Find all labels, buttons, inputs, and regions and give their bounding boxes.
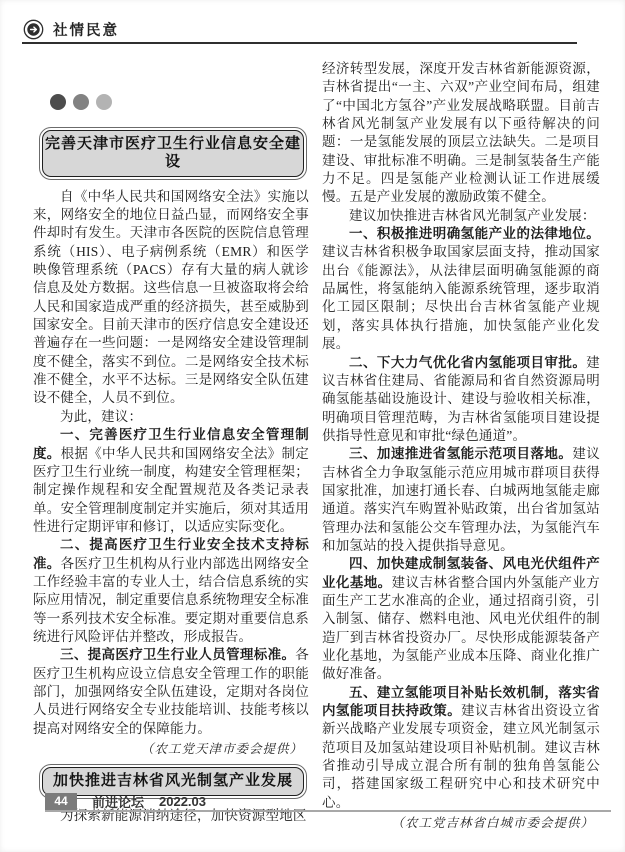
page-footer: 44 前进论坛 2022.03 bbox=[45, 792, 206, 811]
recommendation-body: 建议吉林省出资设立省新兴战略产业发展专项资金，建立风光制氢示范项目及加氢站建设项… bbox=[322, 703, 600, 810]
decorative-dots bbox=[50, 94, 112, 110]
recommendation-paragraph: 四、加快建成制氢装备、风电光伏组件产业化基地。建议吉林省整合国内外氢能产业方面生… bbox=[322, 555, 600, 683]
recommendation-paragraph: 五、建立氢能项目补贴长效机制，落实省内氢能项目扶持政策。建议吉林省出资设立省新兴… bbox=[322, 684, 600, 812]
article2-attribution: （农工党吉林省白城市委会提供） bbox=[322, 814, 600, 832]
recommendation-body: 根据《中华人民共和国网络安全法》制定医疗卫生行业统一制度，构建安全管理框架；制定… bbox=[33, 446, 309, 534]
article1-title-box: 完善天津市医疗卫生行业信息安全建设 bbox=[39, 127, 307, 180]
recommendation-paragraph: 一、完善医疗卫生行业信息安全管理制度。根据《中华人民共和国网络安全法》制定医疗卫… bbox=[33, 426, 309, 536]
article1-attribution: （农工党天津市委会提供） bbox=[33, 740, 309, 758]
dot-dark bbox=[50, 94, 66, 110]
recommendation-body: 建议吉林省整合国内外氢能产业方面生产工艺水准高的企业，通过招商引资，引入制氢、储… bbox=[322, 575, 600, 682]
recommendation-paragraph: 二、下大力气优化省内氢能项目审批。建议吉林省住建局、省能源局和省自然资源局明确氢… bbox=[322, 354, 600, 446]
recommendation-body: 建议吉林省积极争取国家层面支持，推动国家出台《能源法》，从法律层面明确氢能源的商… bbox=[322, 244, 600, 351]
recommendation-paragraph: 一、积极推进明确氢能产业的法律地位。建议吉林省积极争取国家层面支持，推动国家出台… bbox=[322, 225, 600, 353]
right-column: 经济转型发展，深度开发吉林省新能源资源，吉林省提出“一主、六双”产业空间布局，组… bbox=[322, 60, 600, 838]
recommendation-lead: 二、下大力气优化省内氢能项目审批。 bbox=[349, 355, 586, 370]
footer-rule bbox=[45, 810, 611, 812]
page-header: 社情民意 bbox=[23, 19, 119, 40]
recommendation-paragraph: 三、提高医疗卫生行业人员管理标准。各医疗卫生机构应设立信息安全管理工作的职能部门… bbox=[33, 646, 309, 738]
recommendation-lead: 一、积极推进明确氢能产业的法律地位。 bbox=[349, 226, 600, 241]
article1-leadin-paragraph: 为此，建议： bbox=[33, 408, 309, 426]
article1-intro-paragraph: 自《中华人民共和国网络安全法》实施以来，网络安全的地位日益凸显，而网络安全事件却… bbox=[33, 188, 309, 408]
header-rule bbox=[22, 42, 577, 44]
section-title: 社情民意 bbox=[53, 19, 119, 40]
recommendation-body: 建议吉林省全力争取氢能示范应用城市群项目获得国家批准，加速打通长春、白城两地氢能… bbox=[322, 446, 600, 553]
recommendation-lead: 三、加速推进省氢能示范项目落地。 bbox=[349, 446, 572, 461]
article1-title: 完善天津市医疗卫生行业信息安全建设 bbox=[42, 130, 304, 177]
issue-number: 2022.03 bbox=[159, 794, 206, 809]
magazine-page: 社情民意 完善天津市医疗卫生行业信息安全建设 自《中华人民共和国网络安全法》实施… bbox=[0, 0, 625, 852]
dot-medium bbox=[73, 94, 89, 110]
recommendation-body: 各医疗卫生机构从行业内部选出网络安全工作经验丰富的专业人士，结合信息系统的实际应… bbox=[33, 556, 309, 644]
recommendation-lead: 三、提高医疗卫生行业人员管理标准。 bbox=[60, 647, 295, 662]
article2-leadin-paragraph: 建议加快推进吉林省风光制氢产业发展： bbox=[322, 207, 600, 225]
article2-intro-right: 经济转型发展，深度开发吉林省新能源资源，吉林省提出“一主、六双”产业空间布局，组… bbox=[322, 60, 600, 207]
page-number-badge: 44 bbox=[45, 793, 77, 810]
left-column: 完善天津市医疗卫生行业信息安全建设 自《中华人民共和国网络安全法》实施以来，网络… bbox=[33, 127, 309, 825]
recommendation-paragraph: 二、提高医疗卫生行业安全技术支持标准。各医疗卫生机构从行业内部选出网络安全工作经… bbox=[33, 536, 309, 646]
dot-light bbox=[96, 94, 112, 110]
circle-arrow-right-icon bbox=[23, 19, 44, 40]
recommendation-paragraph: 三、加速推进省氢能示范项目落地。建议吉林省全力争取氢能示范应用城市群项目获得国家… bbox=[322, 445, 600, 555]
journal-name: 前进论坛 bbox=[92, 792, 144, 811]
